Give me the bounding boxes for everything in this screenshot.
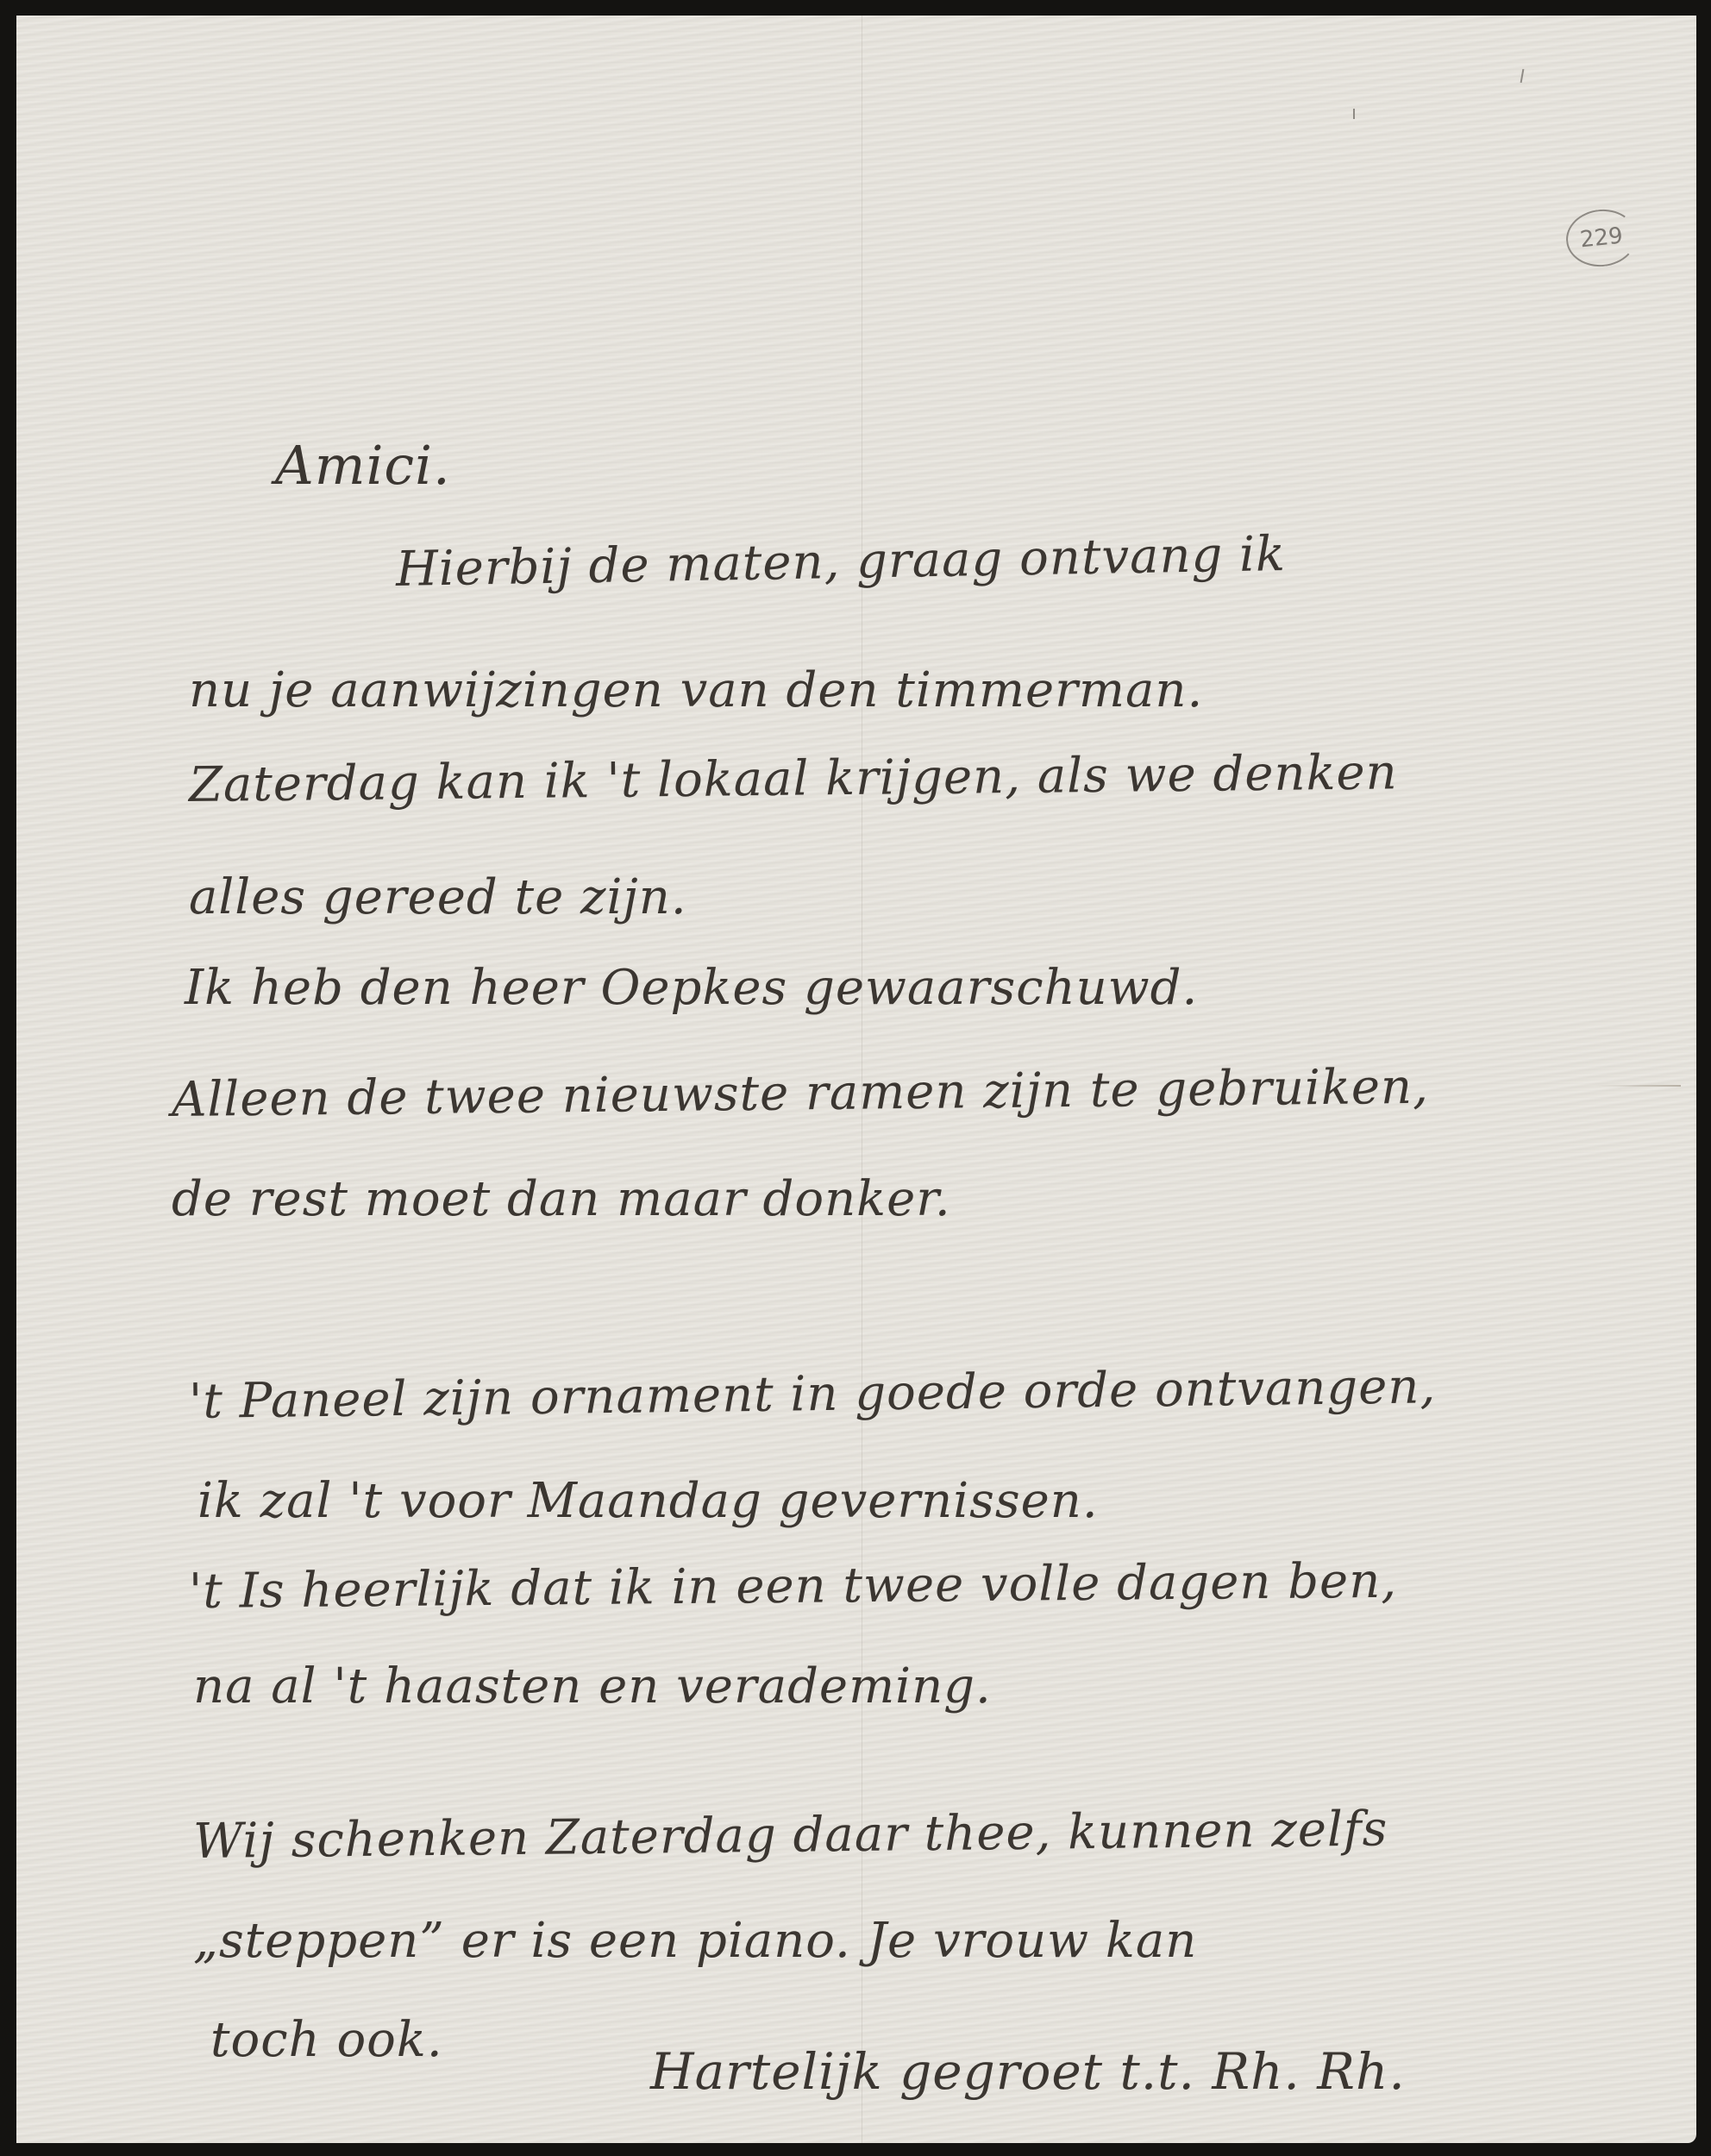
letter-line: Ik heb den heer Oepkes gewaarschuwd. xyxy=(185,960,1198,1016)
letter-line: ik zal 't voor Maandag gevernissen. xyxy=(197,1473,1099,1529)
letter-line: 't Paneel zijn ornament in goede orde on… xyxy=(189,1358,1437,1430)
letter-line: Alleen de twee nieuwste ramen zijn te ge… xyxy=(172,1059,1430,1128)
letter-line: „steppen” er is een piano. Je vrouw kan xyxy=(193,1913,1197,1969)
folio-number: 229 xyxy=(1564,206,1639,270)
letter-line: na al 't haasten en verademing. xyxy=(193,1658,992,1714)
letter-line: Wij schenken Zaterdag daar thee, kunnen … xyxy=(193,1801,1388,1870)
salutation: Amici. xyxy=(275,434,451,497)
pencil-tick-mark xyxy=(1353,109,1355,119)
letter-line: nu je aanwijzingen van den timmerman. xyxy=(189,662,1203,718)
letter-line: Hierbij de maten, graag ontvang ik xyxy=(395,526,1286,598)
letter-sheet: 229 Amici. Hierbij de maten, graag ontva… xyxy=(16,16,1696,2143)
letter-line: 't Is heerlijk dat ik in een twee volle … xyxy=(189,1553,1398,1620)
pencil-tick-mark xyxy=(1520,69,1525,83)
letter-line: alles gereed te zijn. xyxy=(189,869,687,925)
letter-line: de rest moet dan maar donker. xyxy=(172,1171,951,1227)
closing-signature: Hartelijk gegroet t.t. Rh. Rh. xyxy=(650,2042,1406,2101)
letter-line: Zaterdag kan ik 't lokaal krijgen, als w… xyxy=(189,744,1398,813)
letter-line: toch ook. xyxy=(210,2012,443,2068)
paper-fold-mark xyxy=(1595,1085,1681,1087)
